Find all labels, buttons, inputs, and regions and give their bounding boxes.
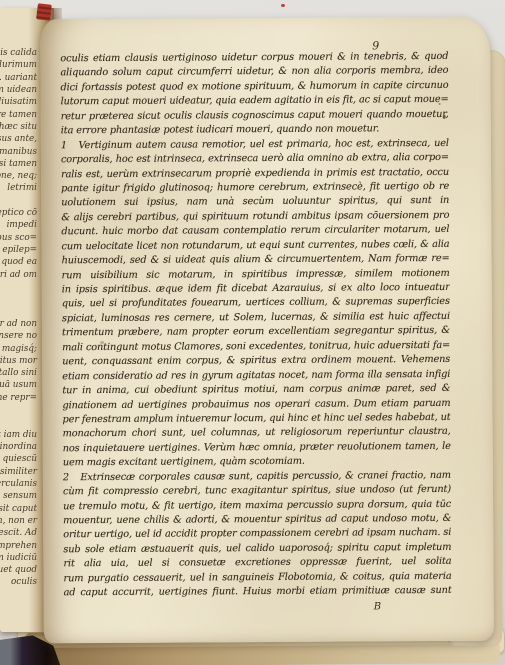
text-line: retur præterea sicut oculis clausis cogn… <box>61 108 449 125</box>
paragraph-section-1: 1 Vertiginum autem causa remotior, uel e… <box>61 137 451 471</box>
stain-speck <box>100 341 104 344</box>
paragraph-intro: oculis etiam clausis uertiginoso uidetur… <box>60 50 449 139</box>
stain-speck <box>281 4 285 7</box>
paragraph-section-2: 2 Extrinsecæ corporales causæ sunt, capi… <box>63 469 452 601</box>
headband-red <box>36 3 52 21</box>
page-edge-stack-bottom <box>40 644 500 665</box>
page-text-block: oculis etiam clausis uertiginoso uidetur… <box>60 50 451 601</box>
book-page: 9 oculis etiam clausis uertiginoso uidet… <box>40 17 494 644</box>
stain-speck <box>439 103 441 105</box>
stain-speck <box>443 115 446 119</box>
book-photo: is calida lurimum . uariant m uidean diu… <box>0 0 505 665</box>
signature-mark: B <box>374 601 381 612</box>
text-line: nos inquietauere uertigines. Verùm hæc o… <box>63 440 451 457</box>
text-line: ad caput accurrit, uertigines fiunt. Hui… <box>64 584 452 601</box>
text-line: corporalis, hoc est intrinseca, extrinse… <box>61 151 449 168</box>
